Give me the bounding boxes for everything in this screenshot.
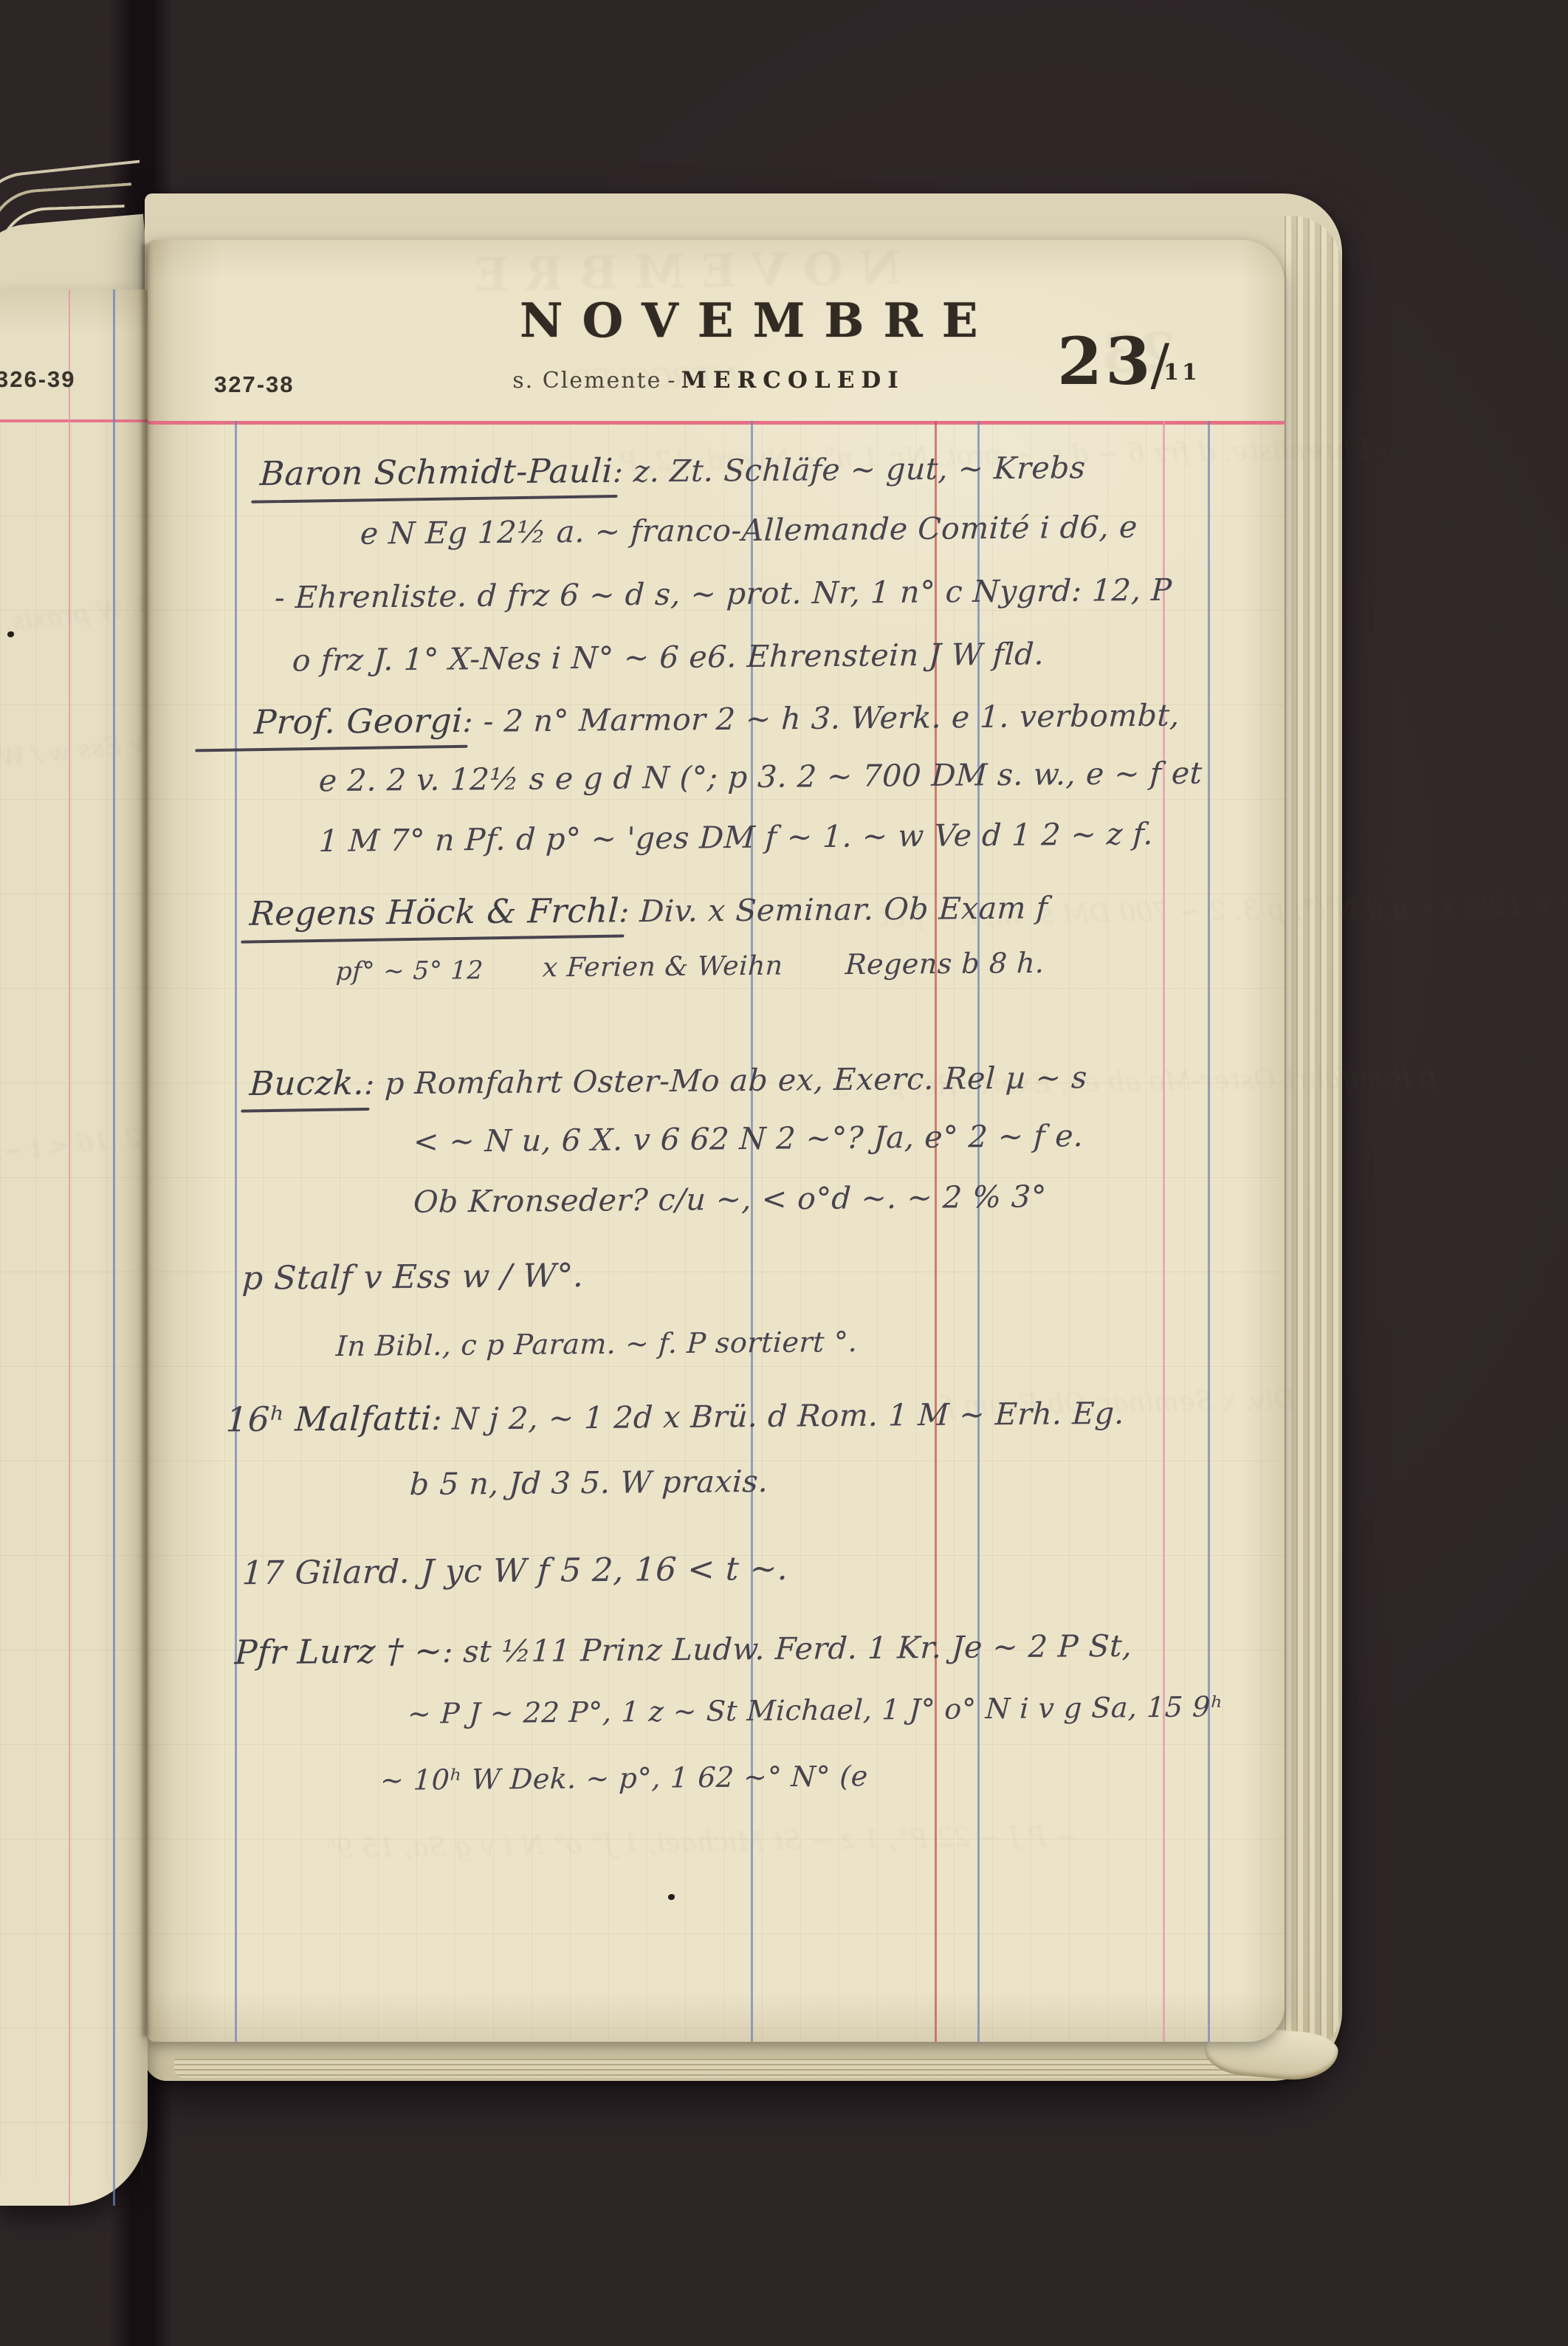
pink-rule-line	[1163, 421, 1165, 2042]
entry-malfatti-time: 16ʰ	[225, 1399, 286, 1440]
ink-speck	[668, 1894, 675, 1900]
entry-stalf: p Stalf v Ess w / W°.	[241, 1258, 585, 1297]
entry-suffix: :	[431, 1402, 443, 1437]
weekday: MERCOLEDI	[681, 367, 905, 394]
entry-text: Div. x Seminar. Ob Exam f	[639, 890, 1048, 929]
entry-lurz-line-2: ~ P J ~ 22 P°, 1 z ~ St Michael, 1 J° o°…	[407, 1692, 1224, 1729]
entry-text: st ½11 Prinz Ludw. Ferd. 1 Kr. Je ~ 2 P …	[462, 1628, 1132, 1670]
entry-schmidt-pauli-line-3: - Ehrenliste. d frz 6 ~ d s, ~ prot. Nr,…	[274, 574, 1172, 615]
entry-suffix: :	[612, 454, 624, 490]
entry-text: z. Zt. Schläfe ~ gut, ~ Krebs	[633, 450, 1087, 489]
entry-text: 1 M 7° n Pf. d p° ~ 'ges DM f ~ 1. ~ w V…	[318, 816, 1154, 859]
entry-buczk-name: Buczk.	[249, 1063, 365, 1103]
entry-schmidt-pauli-line-4: o frz J. 1° X-Nes i N° ~ 6 e6. Ehrenstei…	[292, 638, 1045, 678]
entry-text: e 2. 2 v. 12½ s e g d N (°; p 3. 2 ~ 700…	[318, 755, 1203, 798]
entry-text: < ~ N u, 6 X. v 6 62 N 2 ~°? Ja, e° 2 ~ …	[413, 1118, 1084, 1159]
entry-text: Ob Kronseder? c/u ~, < o°d ~. ~ 2 % 3°	[413, 1179, 1048, 1220]
separator: -	[661, 368, 681, 394]
entry-suffix: :	[363, 1066, 375, 1101]
entry-text: 2 n° Marmor 2 ~ h 3. Werk. e 1. verbombt…	[503, 698, 1181, 739]
entry-text: - Ehrenliste. d frz 6 ~ d s, ~ prot. Nr,…	[274, 572, 1173, 616]
saint-day-line: s. Clemente-MERCOLEDI	[458, 367, 960, 394]
entry-suffix: :	[442, 1634, 454, 1670]
entry-schmidt-pauli-name: Baron Schmidt-Pauli	[259, 451, 614, 493]
entry-text: e N Eg 12½ a. ~ franco-Allemande Comité …	[360, 509, 1138, 551]
entry-malfatti-name: Malfatti	[294, 1399, 433, 1439]
entry-lurz-name: Pfr Lurz † ~	[234, 1631, 444, 1672]
entry-text: x Ferien & Weihn	[542, 951, 783, 984]
left-page-blue-line	[113, 289, 115, 2206]
entry-schmidt-pauli-line-2: e N Eg 12½ a. ~ franco-Allemande Comité …	[360, 510, 1138, 550]
entry-malfatti-line-1: 16ʰ Malfatti: N j 2, ~ 1 2d x Brü. d Rom…	[225, 1393, 1125, 1438]
entry-buczk-line-3: Ob Kronseder? c/u ~, < o°d ~. ~ 2 % 3°	[413, 1180, 1048, 1219]
diary-page: NOVEMBRE 23 MERCOLEDI - Ehrenliste. d fr…	[148, 240, 1285, 2042]
entry-text: b 5 n, Jd 3 5. W praxis.	[409, 1464, 769, 1502]
entry-text: Regens b 8 h.	[845, 947, 1045, 981]
date: 23/11	[1057, 323, 1200, 399]
left-page-pink-rule	[0, 419, 148, 422]
entry-text: ~ P J ~ 22 P°, 1 z ~ St Michael, 1 J° o°…	[407, 1690, 1224, 1730]
day-number: 23	[1057, 323, 1153, 399]
entry-text: ~ 10ʰ W Dek. ~ p°, 1 62 ~° N° (e	[379, 1760, 869, 1797]
entry-hoeck-seg-2: x Ferien & Weihn	[542, 952, 783, 983]
entry-lurz-line-3: ~ 10ʰ W Dek. ~ p°, 1 62 ~° N° (e	[379, 1761, 869, 1797]
left-page-grid	[0, 421, 148, 2178]
entry-hoeck-line-1: Regens Höck & Frchl: Div. x Seminar. Ob …	[249, 888, 1048, 932]
entry-hoeck-seg-1: pf° ~ 5° 12	[335, 957, 484, 986]
blue-rule-line	[235, 421, 237, 2042]
entry-text: o frz J. 1° X-Nes i N° ~ 6 e6. Ehrenstei…	[292, 637, 1045, 679]
entry-buczk-line-1: Buczk.: p Romfahrt Oster-Mo ab ex, Exerc…	[249, 1058, 1088, 1102]
month-number: 11	[1163, 360, 1200, 385]
entry-suffix: :	[619, 894, 630, 929]
entry-malfatti-preline: In Bibl., c p Param. ~ f. P sortiert °.	[335, 1327, 858, 1362]
ink-speck	[7, 631, 14, 637]
entry-schmidt-pauli-line-1: Baron Schmidt-Pauli: z. Zt. Schläfe ~ gu…	[259, 448, 1087, 492]
entry-hoeck-name: Regens Höck & Frchl	[249, 891, 620, 933]
entry-suffix: : -	[462, 704, 495, 739]
entry-hoeck-seg-3: Regens b 8 h.	[845, 948, 1045, 981]
entry-georgi-name: Prof. Georgi	[253, 701, 464, 741]
entry-text: p Stalf v Ess w / W°.	[241, 1257, 585, 1297]
left-page-pink-line	[69, 289, 70, 2206]
entry-text: N j 2, ~ 1 2d x Brü. d Rom. 1 M ~ Erh. E…	[452, 1396, 1126, 1437]
show-through-text: ~ P J ~ 22 P°, 1 z ~ St Michael, 1 J° o°…	[325, 1821, 1078, 1865]
entry-lurz-line-1: Pfr Lurz † ~: st ½11 Prinz Ludw. Ferd. 1…	[234, 1627, 1133, 1671]
entry-text: 17 Gilard. J yc W f 5 2, 16 < t ~.	[241, 1550, 789, 1592]
entry-text: p Romfahrt Oster-Mo ab ex, Exerc. Rel µ …	[384, 1060, 1087, 1101]
left-page: 326-39 b 5 n, Jd 3 5. W praxis. p Stalf …	[0, 289, 148, 2206]
entry-georgi-line-1: Prof. Georgi: - 2 n° Marmor 2 ~ h 3. Wer…	[253, 696, 1180, 741]
entry-gilard: 17 Gilard. J yc W f 5 2, 16 < t ~.	[241, 1551, 789, 1592]
entry-text: In Bibl., c p Param. ~ f. P sortiert °.	[335, 1325, 859, 1362]
page-number: 327-38	[214, 371, 295, 398]
saint-name: s. Clemente	[512, 368, 661, 394]
left-page-number: 326-39	[0, 366, 76, 393]
entry-malfatti-line-2: b 5 n, Jd 3 5. W praxis.	[409, 1465, 769, 1501]
entry-georgi-line-2: e 2. 2 v. 12½ s e g d N (°; p 3. 2 ~ 700…	[318, 757, 1203, 798]
fore-edge-page-lines	[1285, 216, 1342, 2062]
gutter-crease	[140, 244, 152, 2037]
blue-rule-line	[1208, 421, 1210, 2042]
entry-georgi-line-3: 1 M 7° n Pf. d p° ~ 'ges DM f ~ 1. ~ w V…	[318, 817, 1154, 858]
pink-header-rule	[148, 421, 1285, 425]
entry-text: pf° ~ 5° 12	[335, 956, 484, 987]
entry-buczk-line-2: < ~ N u, 6 X. v 6 62 N 2 ~°? Ja, e° 2 ~ …	[413, 1119, 1084, 1159]
month-title: NOVEMBRE	[501, 293, 914, 349]
bottom-edge-page-lines	[174, 2059, 1311, 2078]
